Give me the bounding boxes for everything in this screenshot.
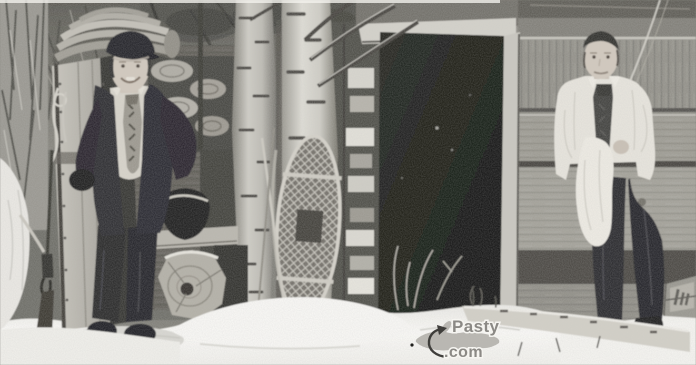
watermark-text-com: .com [444,344,483,361]
film-grain-overlay [0,0,696,365]
watermark-text-pasty: Pasty [452,317,500,336]
vintage-photo: Pasty .com [0,0,696,365]
top-edge-artifact [0,0,500,3]
